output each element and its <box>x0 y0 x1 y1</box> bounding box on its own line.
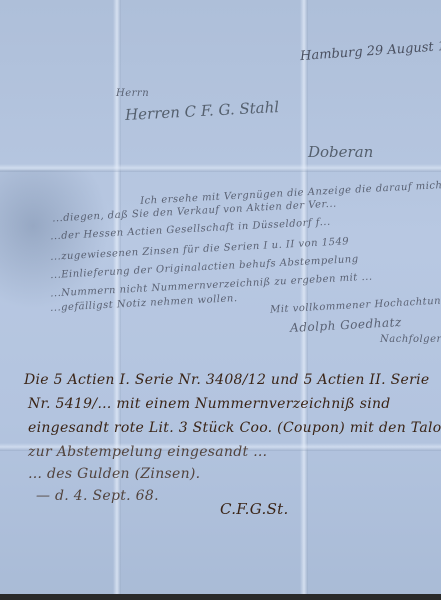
dateline: Hamburg 29 August 1 <box>300 39 441 64</box>
annotation-line-6: — d. 4. Sept. 68. <box>36 488 159 504</box>
annotation-line-2: Nr. 5419/… mit einem Nummernverzeichniß … <box>28 396 391 412</box>
vertical-fold-right <box>300 0 308 600</box>
signature-title: Nachfolger <box>380 334 441 345</box>
annotation-line-3: eingesandt rote Lit. 3 Stück Coo. (Coupo… <box>28 420 441 436</box>
scan-bottom-edge <box>0 594 441 600</box>
annotation-line-1: Die 5 Actien I. Serie Nr. 3408/12 und 5 … <box>24 372 429 388</box>
annotation-line-5: … des Gulden (Zinsen). <box>28 466 200 482</box>
recipient: Herren C F. G. Stahl <box>125 98 280 124</box>
closing: Mit vollkommener Hochachtung <box>270 295 441 315</box>
annotation-initials: C.F.G.St. <box>220 500 289 518</box>
salutation-prefix: Herrn <box>116 88 149 99</box>
annotation-line-4: zur Abstempelung eingesandt … <box>28 444 267 460</box>
destination: Doberan <box>308 143 373 161</box>
letter-page: Hamburg 29 August 1 Herrn Herren C F. G.… <box>0 0 441 600</box>
